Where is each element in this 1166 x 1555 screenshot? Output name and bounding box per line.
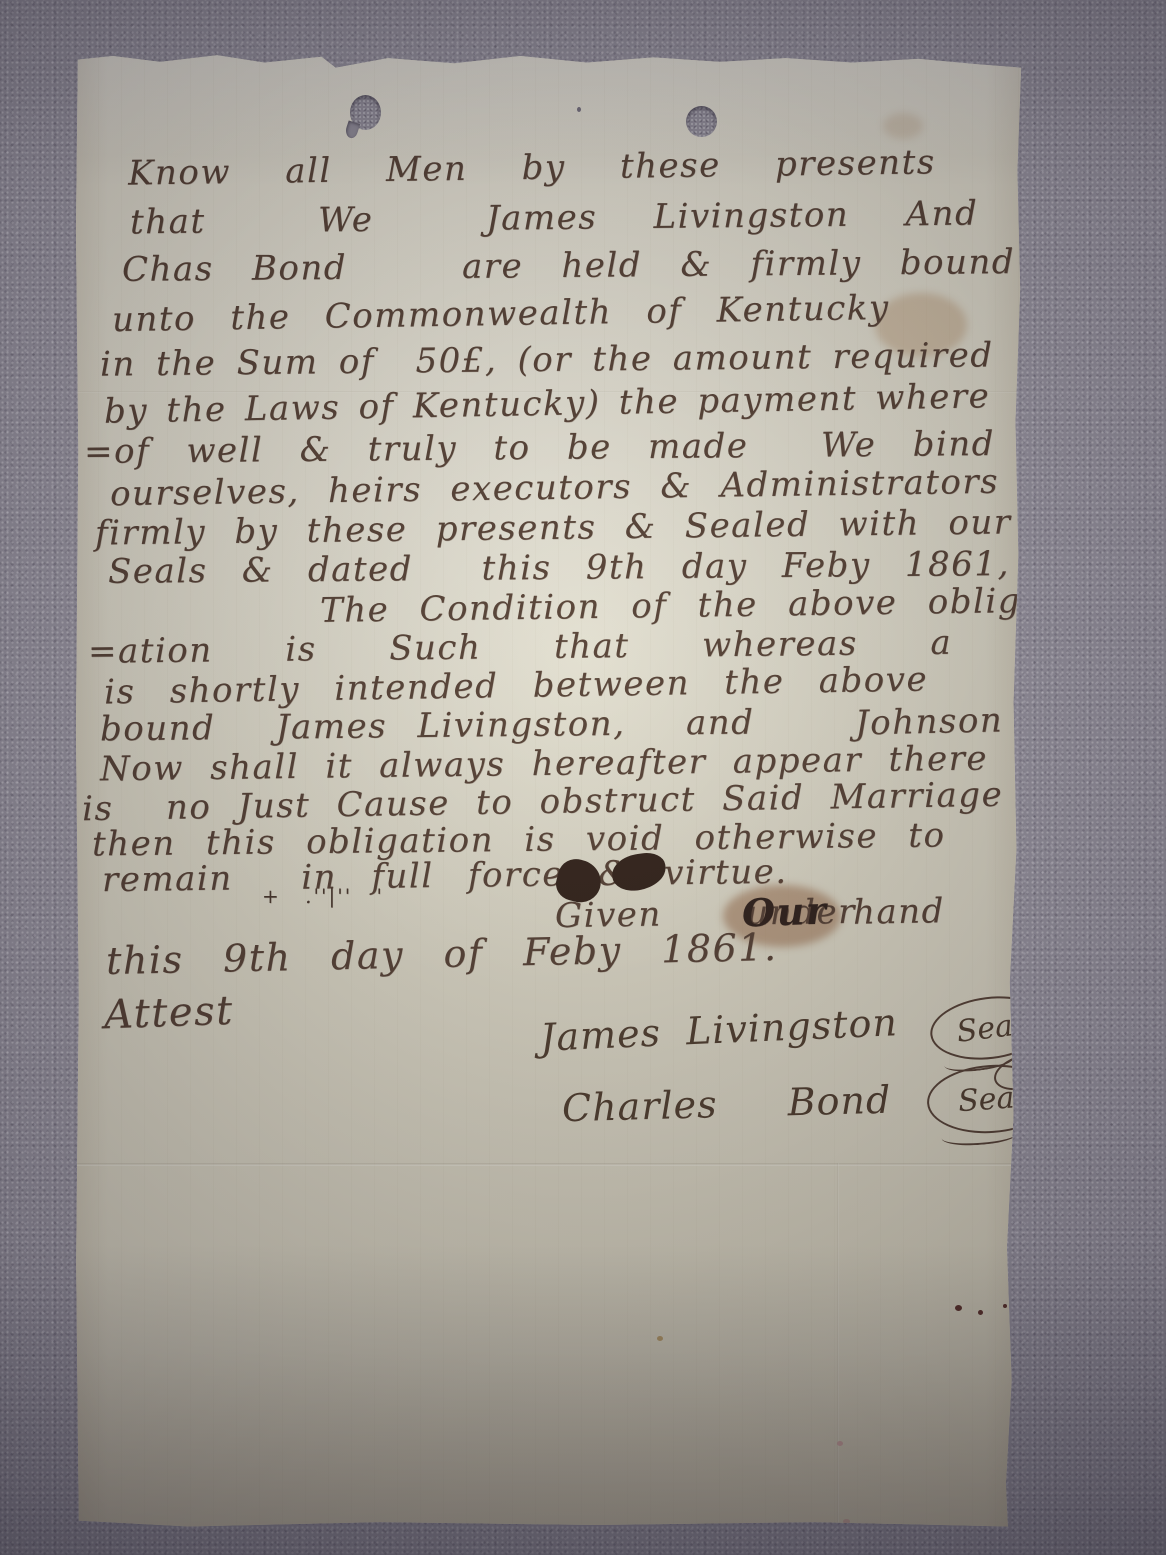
- seal-flourish: Seal: [927, 990, 1053, 1066]
- seal-word: Seal: [957, 1079, 1025, 1119]
- document-paper: Know all Men by these presents that We J…: [75, 53, 1023, 1528]
- signature-charles-bond: Charles Bond: [561, 1078, 891, 1131]
- handwritten-line: this 9th day of Feby 1861.: [106, 925, 778, 983]
- handwritten-line: unto the Commonwealth of Kentucky: [112, 288, 890, 340]
- ink-speck: [837, 1441, 843, 1446]
- ink-speck: [843, 1519, 850, 1524]
- ink-speck: [1003, 1304, 1007, 1308]
- ink-speck: [577, 107, 581, 112]
- attest-label: Attest: [103, 988, 234, 1038]
- ink-speck: [955, 1305, 962, 1311]
- punch-hole-right: [686, 106, 717, 137]
- ink-speck: [978, 1310, 983, 1315]
- signature-james-livingston: James Livingston: [539, 1000, 899, 1060]
- handwritten-line: that We James Livingston And: [130, 194, 979, 243]
- handwritten-line: by the Laws of Kentucky) the payment whe…: [104, 376, 991, 431]
- handwritten-line-bride-surname: Johnson: [855, 700, 1004, 743]
- seal-flourish: Seal: [925, 1061, 1057, 1138]
- seal-word: Seal: [955, 1007, 1025, 1050]
- paper-stain: [883, 113, 923, 139]
- handwritten-line: remain in full force & virtue.: [102, 852, 788, 900]
- ink-speck: [657, 1336, 663, 1341]
- handwritten-line: Know all Men by these presents: [128, 142, 936, 193]
- ink-speck: [1037, 1308, 1042, 1312]
- punch-hole-left: [350, 95, 381, 130]
- handwritten-line: in the Sum of 50£, (or the amount requir…: [100, 335, 994, 384]
- photograph-of-document: Know all Men by these presents that We J…: [0, 0, 1166, 1555]
- fold-crease: [75, 1163, 1023, 1166]
- stray-pen-marks: + .''|'' ': [262, 884, 384, 908]
- fold-crease: [837, 1163, 839, 1528]
- handwritten-line: Chas Bond are held & firmly bound: [122, 242, 1015, 290]
- ink-speck: [1061, 1305, 1065, 1309]
- handwritten-line: hand: [853, 891, 946, 933]
